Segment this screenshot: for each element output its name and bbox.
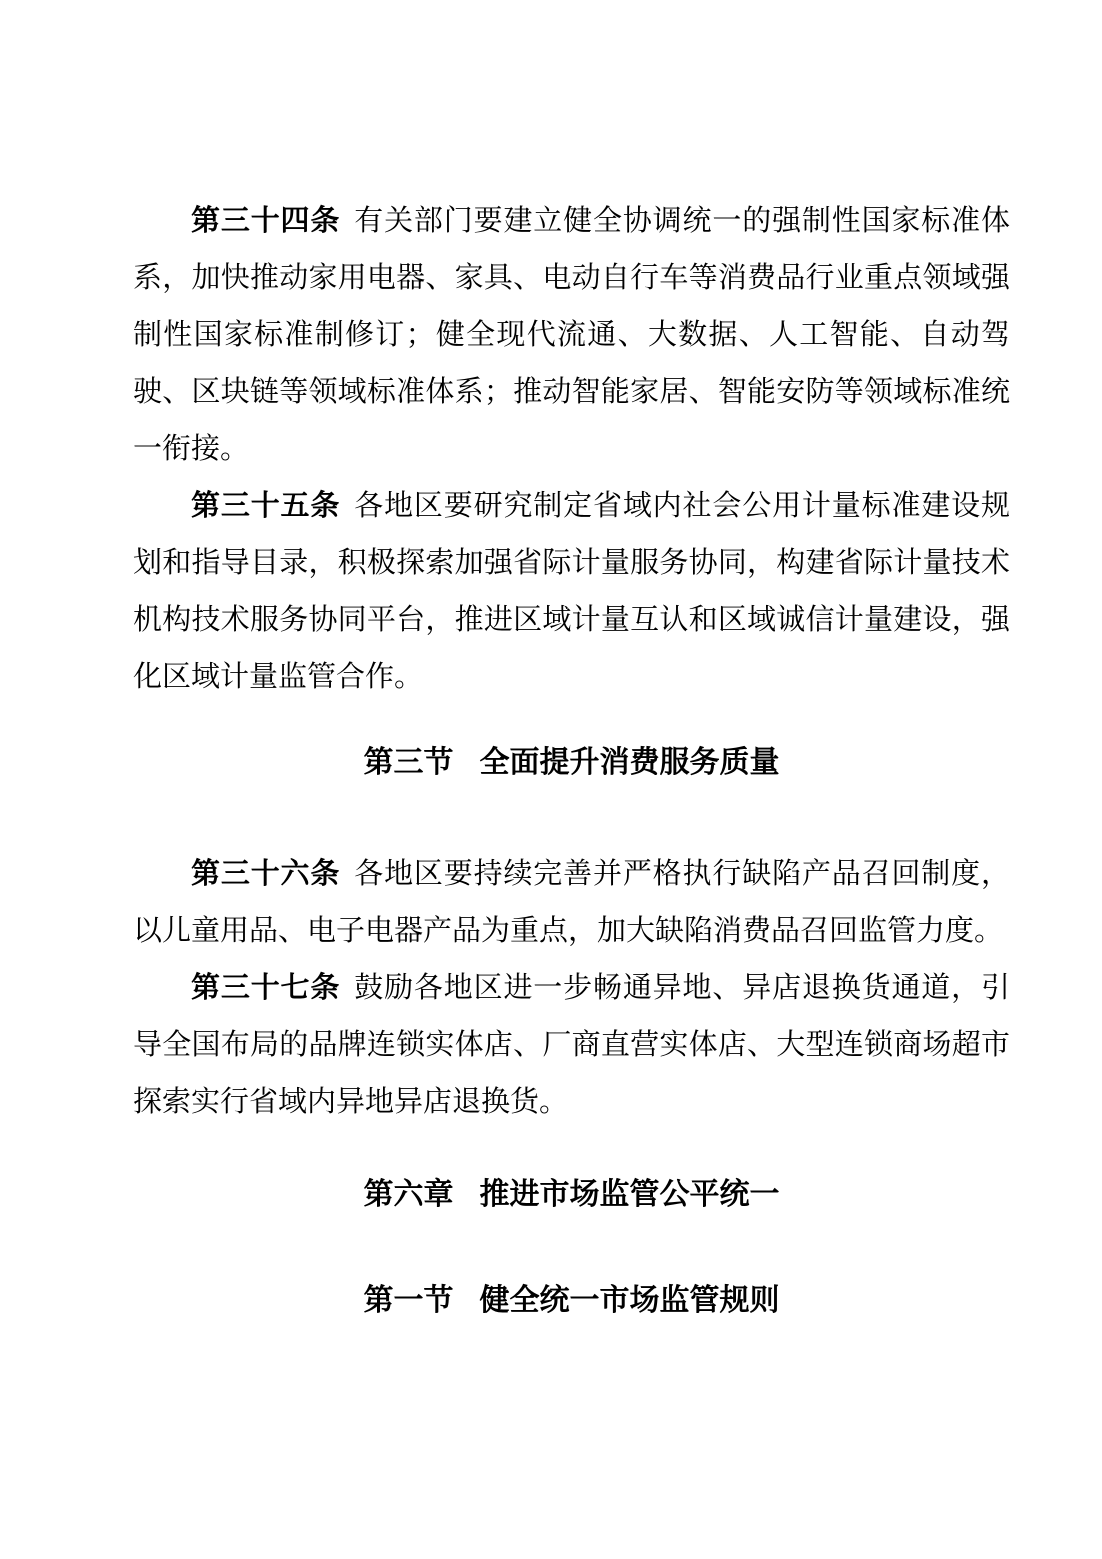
article-36-number: 第三十六条 (191, 858, 340, 890)
article-36-paragraph: 第三十六条各地区要持续完善并严格执行缺陷产品召回制度，以儿童用品、电子电器产品为… (133, 846, 1010, 960)
article-35-number: 第三十五条 (191, 490, 340, 522)
section-1-title: 健全统一市场监管规则 (480, 1284, 780, 1317)
article-34-paragraph: 第三十四条有关部门要建立健全协调统一的强制性国家标准体系，加快推动家用电器、家具… (133, 193, 1010, 478)
article-37-number: 第三十七条 (191, 972, 340, 1004)
chapter-6-title: 推进市场监管公平统一 (480, 1178, 780, 1211)
article-35-paragraph: 第三十五条各地区要研究制定省域内社会公用计量标准建设规划和指导目录，积极探索加强… (133, 478, 1010, 706)
article-34-text: 有关部门要建立健全协调统一的强制性国家标准体系，加快推动家用电器、家具、电动自行… (133, 205, 1010, 465)
section-3-number: 第三节 (364, 746, 454, 779)
section-1-heading: 第一节健全统一市场监管规则 (133, 1272, 1010, 1329)
section-3-heading: 第三节全面提升消费服务质量 (133, 734, 1010, 791)
chapter-6-heading: 第六章推进市场监管公平统一 (133, 1166, 1010, 1223)
section-1-number: 第一节 (364, 1284, 454, 1317)
article-37-paragraph: 第三十七条鼓励各地区进一步畅通异地、异店退换货通道，引导全国布局的品牌连锁实体店… (133, 960, 1010, 1131)
chapter-6-number: 第六章 (364, 1178, 454, 1211)
section-3-title: 全面提升消费服务质量 (480, 746, 780, 779)
document-page: 第三十四条有关部门要建立健全协调统一的强制性国家标准体系，加快推动家用电器、家具… (0, 0, 1102, 1559)
article-34-number: 第三十四条 (191, 205, 340, 237)
